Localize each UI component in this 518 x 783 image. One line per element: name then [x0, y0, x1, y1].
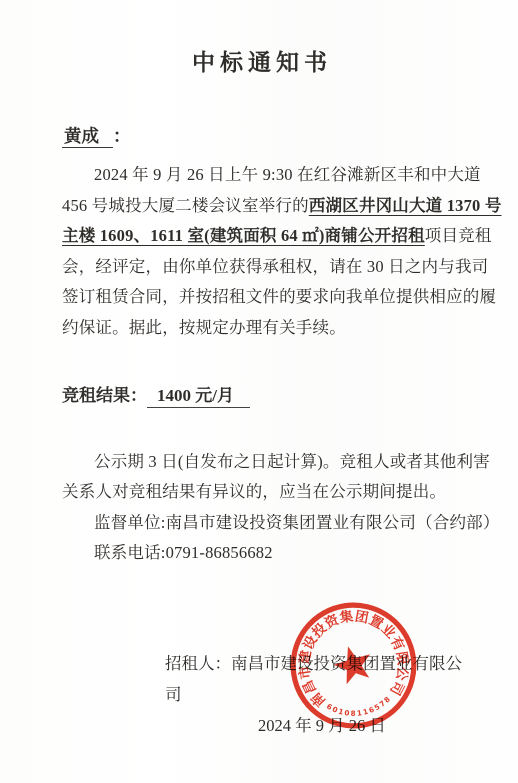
- bid-result-line: 竞租结果：1400 元/月: [62, 381, 462, 411]
- document-text-line: 签订租赁合同，并按招租文件的要求向我单位提供相应的履: [62, 282, 462, 313]
- document-text-line: 关系人对竞租结果有异议的，应当在公示期间提出。: [62, 477, 462, 508]
- bid-result-label: 竞租结果：: [62, 386, 147, 405]
- signature-block: 招租人：南昌市建设投资集团置业有限公司 2024 年 9 月 26 日: [165, 649, 462, 742]
- document-text-line: 约保证。据此，按规定办理有关手续。: [62, 313, 462, 344]
- addressee-line: 黄成：: [62, 124, 462, 148]
- notice-document-page: 中标通知书 黄成： 2024 年 9 月 26 日上午 9:30 在红谷滩新区丰…: [0, 0, 518, 783]
- document-text-line: 456 号城投大厦二楼会议室举行的西湖区井冈山大道 1370 号: [62, 191, 462, 222]
- document-text-line: 监督单位:南昌市建设投资集团置业有限公司（合约部）: [62, 508, 462, 539]
- document-text-line: 主楼 1609、1611 室(建筑面积 64 ㎡)商铺公开招租项目竞租: [62, 221, 462, 252]
- document-text-line: 公示期 3 日(自发布之日起计算)。竞租人或者其他利害: [62, 447, 462, 478]
- document-text-line: 会，经评定，由你单位获得承租权，请在 30 日之内与我司: [62, 252, 462, 283]
- bid-result-value: 1400 元/月: [147, 386, 250, 408]
- notice-paragraph-2: 公示期 3 日(自发布之日起计算)。竞租人或者其他利害关系人对竞租结果有异议的，…: [62, 447, 462, 569]
- lessor-line: 招租人：南昌市建设投资集团置业有限公司: [165, 649, 462, 710]
- addressee-colon: ：: [113, 126, 131, 146]
- document-text-line: 联系电话:0791-86856682: [62, 538, 462, 569]
- lessor-label: 招租人：: [165, 654, 231, 673]
- signature-date: 2024 年 9 月 26 日: [258, 711, 462, 742]
- document-title: 中标通知书: [62, 44, 462, 77]
- addressee-name: 黄成: [62, 126, 113, 148]
- document-text-line: 2024 年 9 月 26 日上午 9:30 在红谷滩新区丰和中大道: [62, 160, 462, 191]
- notice-paragraph-1: 2024 年 9 月 26 日上午 9:30 在红谷滩新区丰和中大道456 号城…: [62, 160, 462, 344]
